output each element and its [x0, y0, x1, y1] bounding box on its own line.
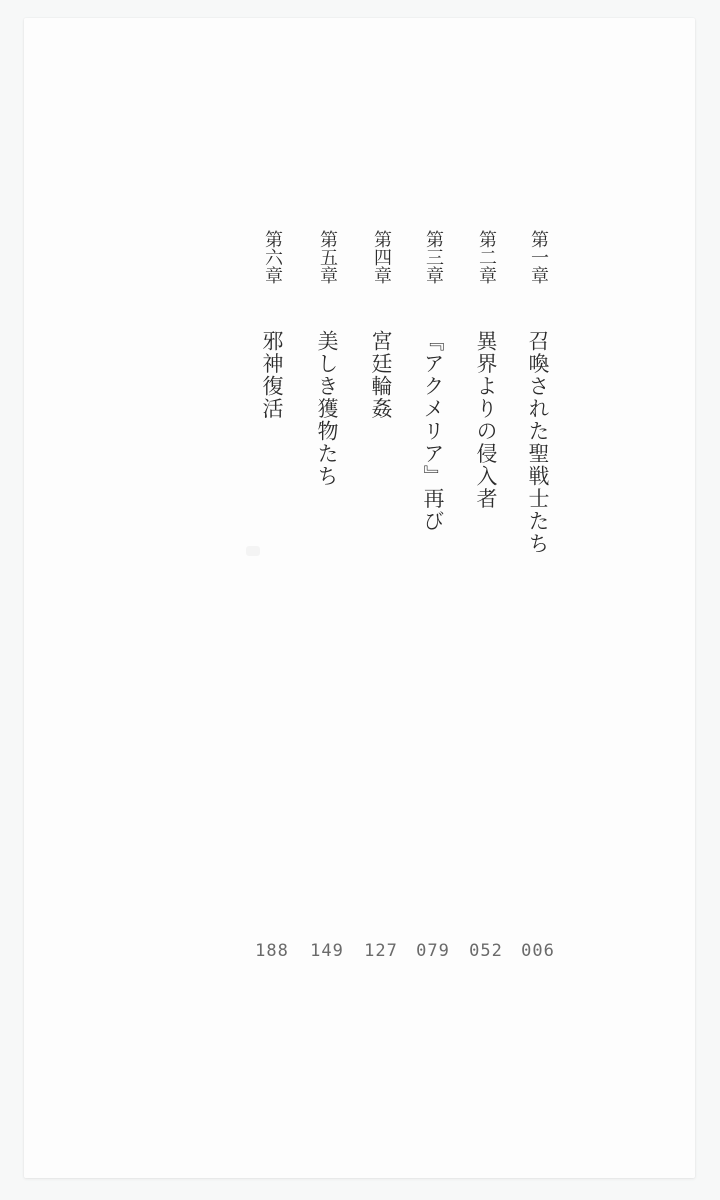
chapter-label: 第四章 [368, 230, 394, 284]
chapter-page-number: 188 [245, 941, 299, 961]
chapter-page-number: 052 [459, 941, 513, 961]
toc-entry-chapter-3: 第三章 『アクメリア』再び 079 [406, 230, 460, 1000]
chapter-page-number: 127 [354, 941, 408, 961]
chapter-title: 召喚された聖戦士たち [523, 330, 553, 555]
chapter-label: 第二章 [473, 230, 499, 284]
chapter-page-number: 079 [406, 941, 460, 961]
scan-smudge [246, 546, 260, 556]
chapter-page-number: 006 [511, 941, 565, 961]
chapter-label: 第三章 [420, 230, 446, 284]
toc-entry-chapter-4: 第四章 宮廷輪姦 127 [354, 230, 408, 1000]
toc-entry-chapter-6: 第六章 邪神復活 188 [245, 230, 299, 1000]
book-page: 第一章 召喚された聖戦士たち 006 第二章 異界よりの侵入者 052 第三章 … [24, 18, 695, 1178]
chapter-title: 邪神復活 [257, 330, 287, 420]
toc-entry-chapter-5: 第五章 美しき獲物たち 149 [300, 230, 354, 1000]
chapter-label: 第一章 [525, 230, 551, 284]
chapter-title: 美しき獲物たち [312, 330, 342, 488]
toc-entry-chapter-1: 第一章 召喚された聖戦士たち 006 [511, 230, 565, 1000]
chapter-page-number: 149 [300, 941, 354, 961]
chapter-title: 宮廷輪姦 [366, 330, 396, 420]
chapter-label: 第六章 [259, 230, 285, 284]
chapter-label: 第五章 [314, 230, 340, 284]
chapter-title: 『アクメリア』再び [418, 330, 448, 533]
toc-entry-chapter-2: 第二章 異界よりの侵入者 052 [459, 230, 513, 1000]
chapter-title: 異界よりの侵入者 [471, 330, 501, 510]
